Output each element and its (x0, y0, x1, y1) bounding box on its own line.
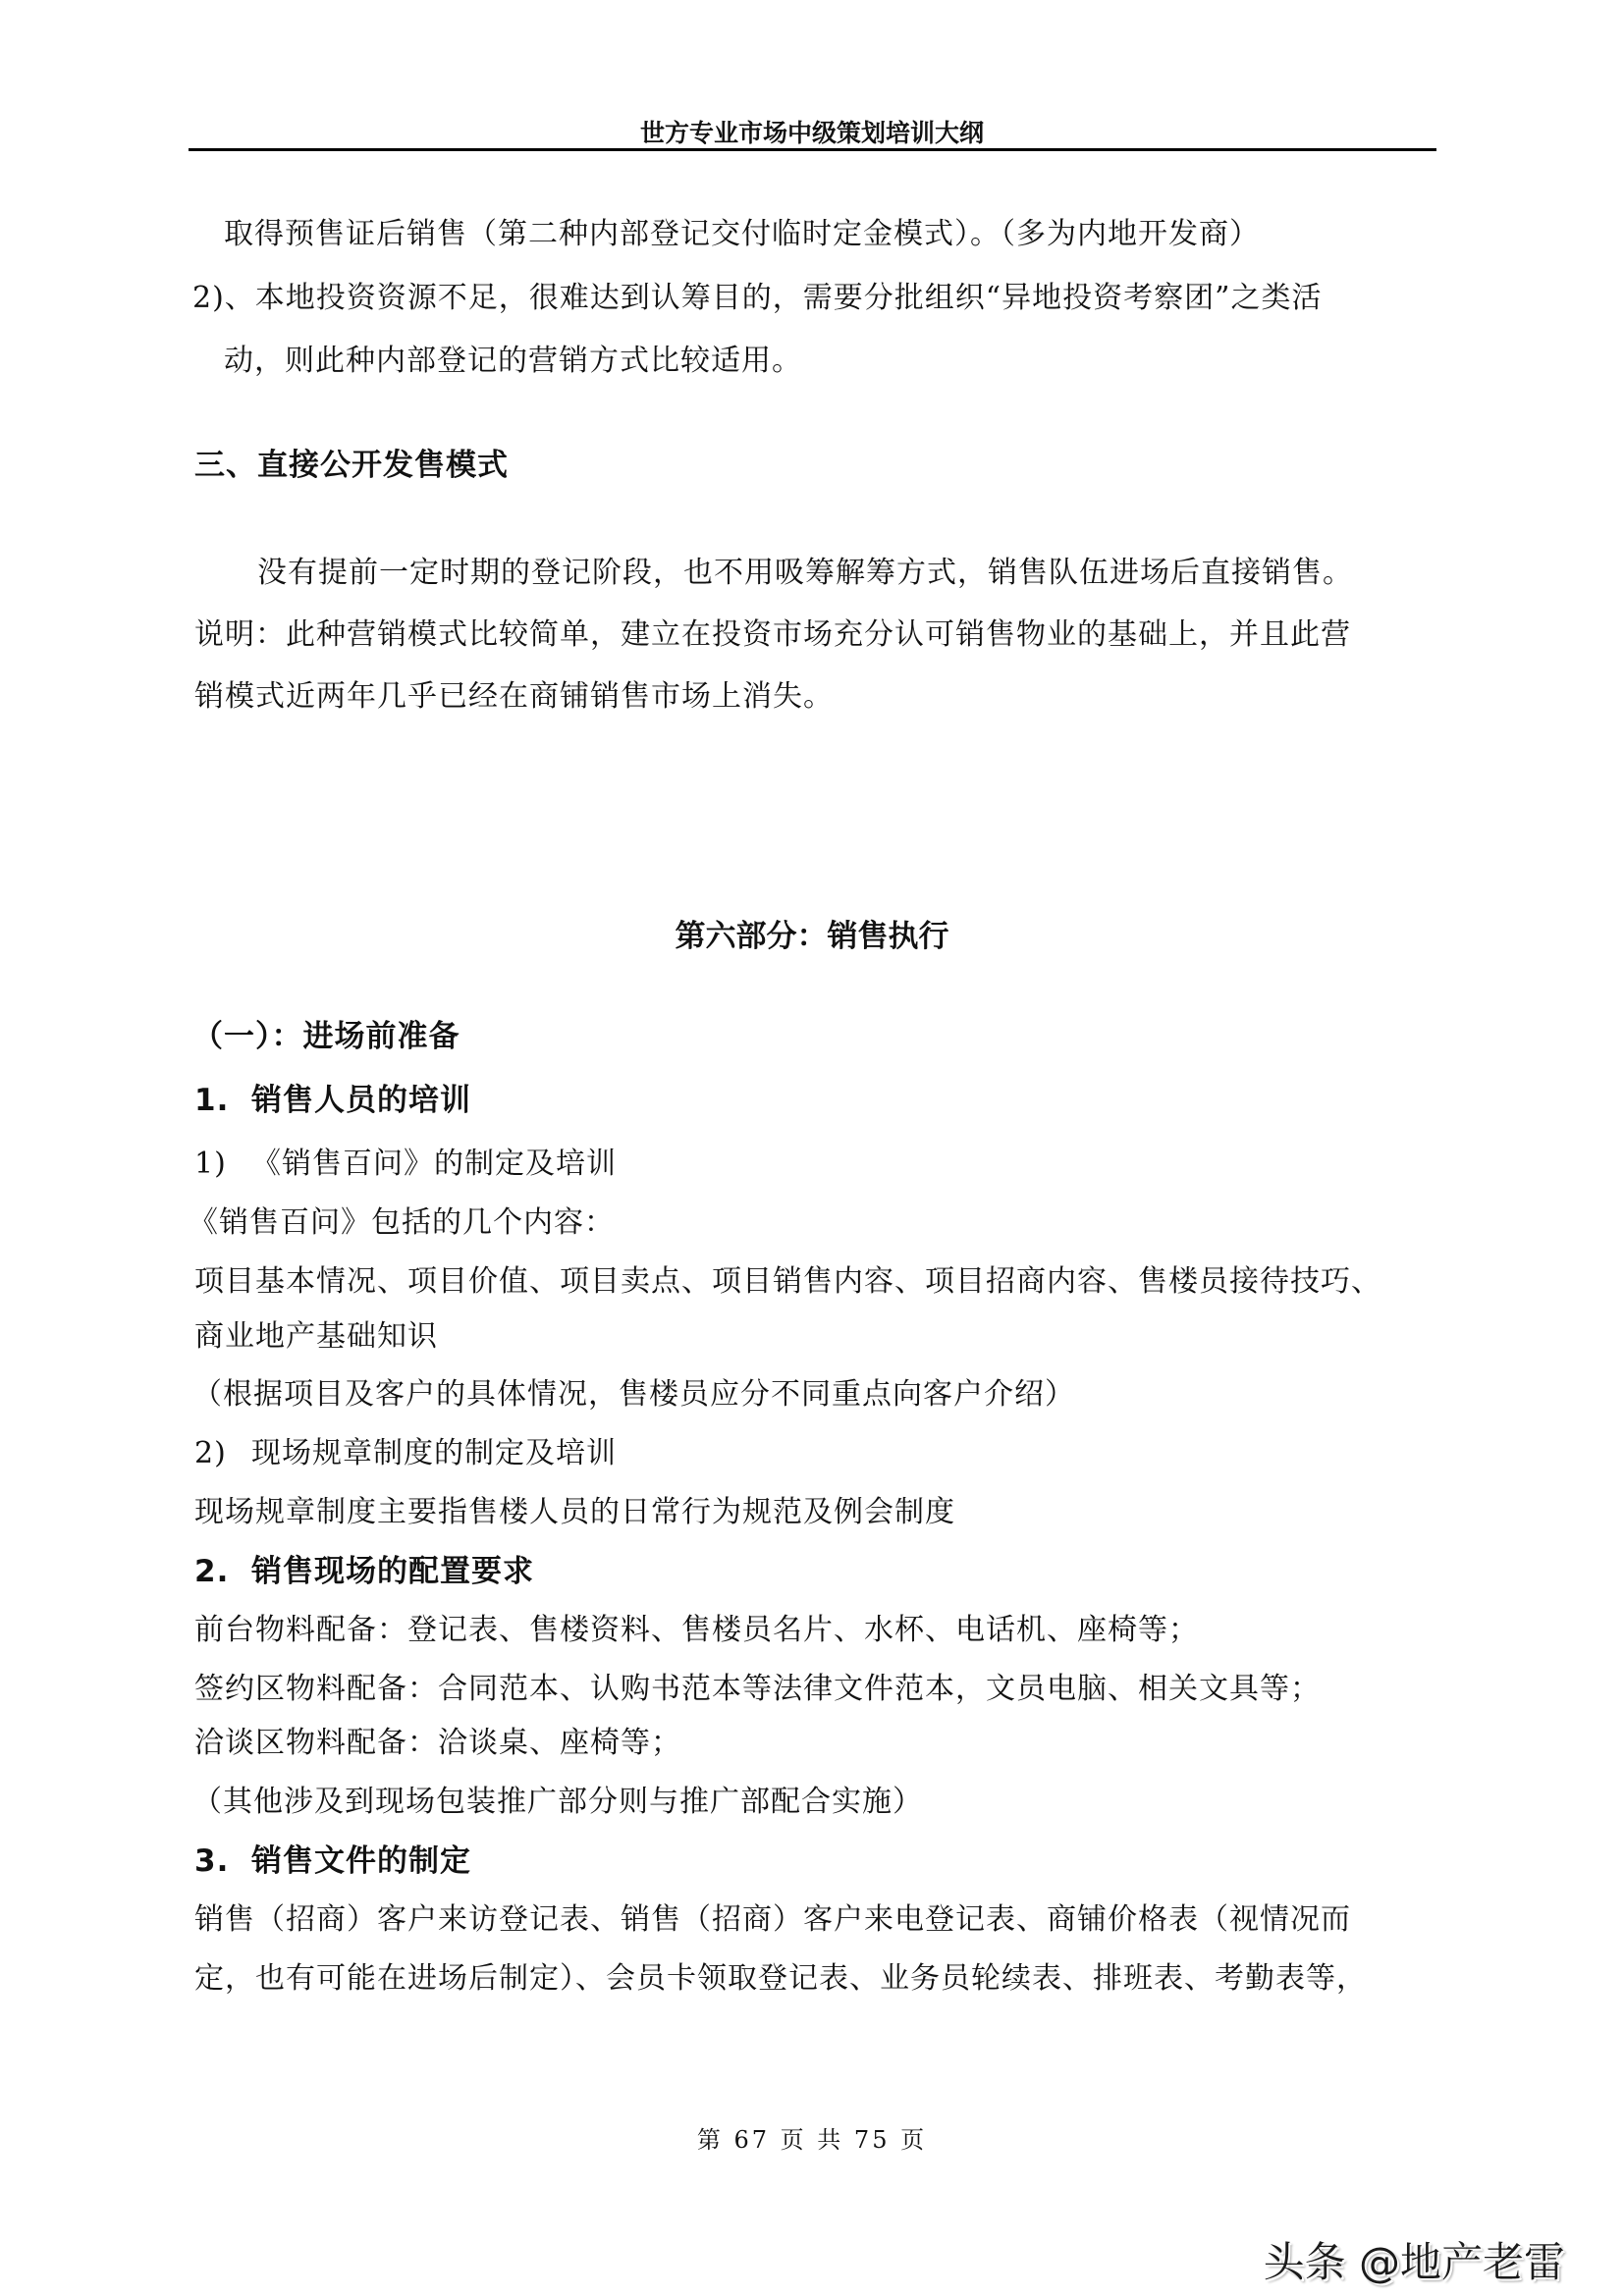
paragraph-line: （其他涉及到现场包装推广部分则与推广部配合实施） (192, 1777, 923, 1820)
subitem-number: 1) (194, 1147, 251, 1181)
watermark-text: 头条 @地产老雷 (1264, 2230, 1565, 2289)
paragraph-line: 商业地产基础知识 (194, 1311, 438, 1355)
page-number-footer: 第 67 页 共 75 页 (0, 2120, 1624, 2155)
heading-text: 销售文件的制定 (251, 1843, 471, 1879)
subitem-heading-2: 2)现场规章制度的制定及培训 (194, 1428, 617, 1471)
paragraph-line: 说明：此种营销模式比较简单，建立在投资市场充分认可销售物业的基础上，并且此营 (194, 610, 1351, 653)
numbered-heading-2: 2.销售现场的配置要求 (194, 1546, 534, 1590)
heading-number: 3. (194, 1843, 251, 1879)
running-header-title: 世方专业市场中级策划培训大纲 (0, 114, 1624, 149)
numbered-heading-3: 3.销售文件的制定 (194, 1836, 471, 1880)
paragraph-line: 取得预售证后销售（第二种内部登记交付临时定金模式）。（多为内地开发商） (224, 209, 1260, 252)
heading-number: 2. (194, 1554, 251, 1589)
subsection-heading: （一）：进场前准备 (192, 1011, 460, 1055)
paragraph-line: （根据项目及客户的具体情况，售楼员应分不同重点向客户介绍） (192, 1369, 1075, 1413)
paragraph-line: 签约区物料配备：合同范本、认购书范本等法律文件范本，文员电脑、相关文具等； (194, 1664, 1321, 1707)
paragraph-line: 洽谈区物料配备：洽谈桌、座椅等； (194, 1718, 681, 1761)
subitem-text: 现场规章制度的制定及培训 (251, 1436, 617, 1470)
heading-number: 1. (194, 1083, 251, 1118)
section-heading: 三、直接公开发售模式 (194, 440, 509, 484)
paragraph-line: 销售（招商）客户来访登记表、销售（招商）客户来电登记表、商铺价格表（视情况而 (194, 1895, 1351, 1938)
subitem-heading-1: 1)《销售百问》的制定及培训 (194, 1139, 617, 1182)
paragraph-line: 项目基本情况、项目价值、项目卖点、项目销售内容、项目招商内容、售楼员接待技巧、 (194, 1256, 1381, 1300)
heading-text: 销售现场的配置要求 (251, 1554, 534, 1589)
subitem-number: 2) (194, 1436, 251, 1470)
numbered-heading-1: 1.销售人员的培训 (194, 1075, 471, 1119)
subitem-text: 《销售百问》的制定及培训 (251, 1147, 617, 1181)
paragraph-line: 《销售百问》包括的几个内容： (189, 1198, 615, 1241)
paragraph-line: 前台物料配备：登记表、售楼资料、售楼员名片、水杯、电话机、座椅等； (194, 1605, 1199, 1648)
paragraph-line: 现场规章制度主要指售楼人员的日常行为规范及例会制度 (194, 1487, 955, 1530)
heading-text: 销售人员的培训 (251, 1083, 471, 1118)
paragraph-line: 定，也有可能在进场后制定）、会员卡领取登记表、业务员轮续表、排班表、考勤表等， (194, 1953, 1367, 1997)
list-item-2: 2)、本地投资资源不足，很难达到认筹目的，需要分批组织“异地投资考察团”之类活 (192, 273, 1322, 316)
part-title: 第六部分：销售执行 (0, 911, 1624, 955)
paragraph-line: 没有提前一定时期的登记阶段，也不用吸筹解筹方式，销售队伍进场后直接销售。 (257, 548, 1353, 591)
header-divider (189, 148, 1436, 151)
list-item-2-continuation: 动，则此种内部登记的营销方式比较适用。 (224, 336, 802, 379)
paragraph-line: 销模式近两年几乎已经在商铺销售市场上消失。 (194, 671, 834, 715)
